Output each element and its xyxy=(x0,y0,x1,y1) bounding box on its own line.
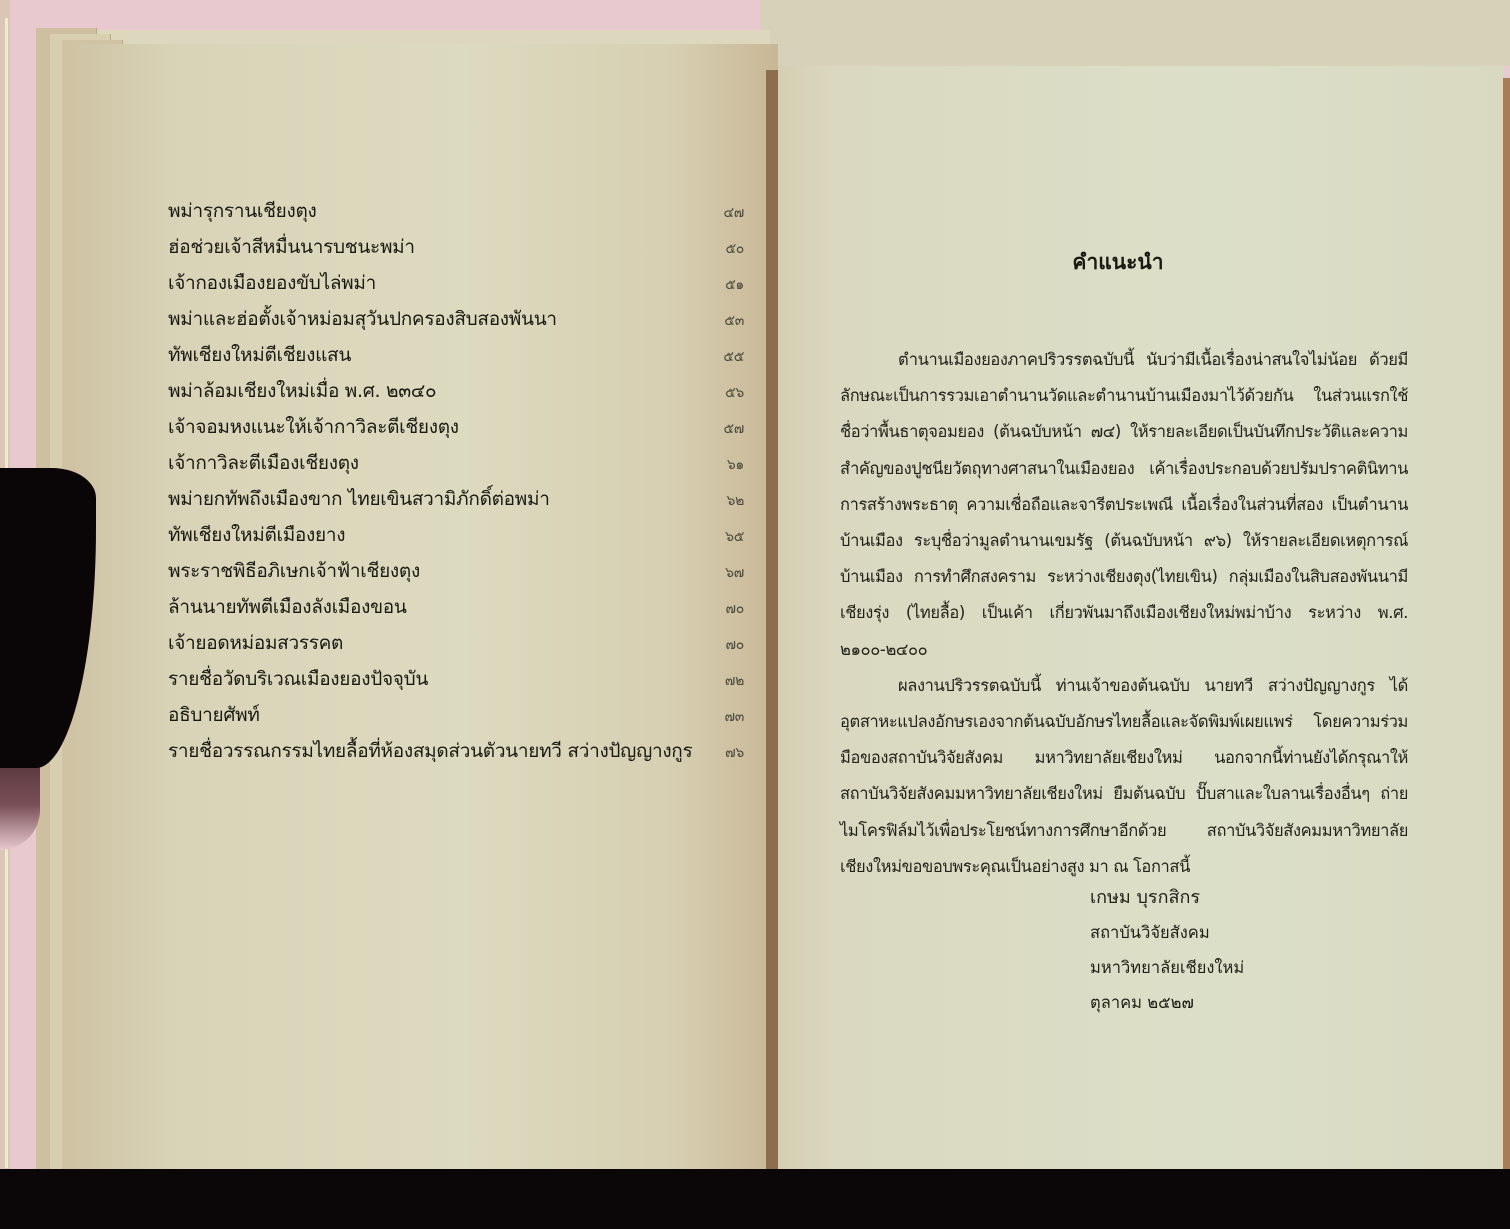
toc-entry: พม่าและฮ่อตั้งเจ้าหม่อมสุวันปกครองสิบสอง… xyxy=(168,304,748,340)
toc-entry: ทัพเชียงใหม่ตีเชียงแสน๕๕ xyxy=(168,340,748,376)
toc-page-number: ๖๒ xyxy=(726,490,744,512)
toc-page-number: ๖๕ xyxy=(725,526,744,548)
toc-entry: รายชื่อวรรณกรรมไทยลื้อที่ห้องสมุดส่วนตัว… xyxy=(168,736,748,772)
toc-title: ทัพเชียงใหม่ตีเชียงแสน xyxy=(168,340,351,370)
toc-page-number: ๖๗ xyxy=(725,562,744,584)
toc-title: เจ้ายอดหม่อมสวรรคต xyxy=(168,628,343,658)
page-title: คำแนะนำ xyxy=(1058,246,1178,279)
toc-entry: พม่าล้อมเชียงใหม่เมื่อ พ.ศ. ๒๓๔๐๕๖ xyxy=(168,376,748,412)
toc-title: อธิบายศัพท์ xyxy=(168,700,260,730)
toc-entry: เจ้ากองเมืองยองขับไล่พม่า๕๑ xyxy=(168,268,748,304)
toc-page-number: ๗๖ xyxy=(725,742,744,764)
toc-title: รายชื่อวัดบริเวณเมืองยองปัจจุบัน xyxy=(168,664,428,694)
toc-page-number: ๖๑ xyxy=(727,454,744,476)
toc-page-number: ๕๐ xyxy=(725,238,744,260)
signatory-institute: สถาบันวิจัยสังคม xyxy=(1090,915,1244,950)
toc-page-number: ๕๑ xyxy=(725,274,744,296)
toc-page-number: ๗๐ xyxy=(726,598,744,620)
toc-entry: พม่ายกทัพถึงเมืองขาก ไทยเขินสวามิภักดิ์ต… xyxy=(168,484,748,520)
toc-title: พม่าและฮ่อตั้งเจ้าหม่อมสุวันปกครองสิบสอง… xyxy=(168,304,557,334)
toc-entry: พม่ารุกรานเชียงตุง๔๗ xyxy=(168,196,748,232)
signatory-name: เกษม บุรกสิกร xyxy=(1090,880,1244,915)
toc-entry: พระราชพิธีอภิเษกเจ้าฟ้าเชียงตุง๖๗ xyxy=(168,556,748,592)
toc-title: เจ้ากองเมืองยองขับไล่พม่า xyxy=(168,268,376,298)
toc-entry: ทัพเชียงใหม่ตีเมืองยาง๖๕ xyxy=(168,520,748,556)
table-of-contents: พม่ารุกรานเชียงตุง๔๗ ฮ่อช่วยเจ้าสีหมื่นน… xyxy=(168,196,748,772)
toc-entry: ฮ่อช่วยเจ้าสีหมื่นนารบชนะพม่า๕๐ xyxy=(168,232,748,268)
toc-page-number: ๗๓ xyxy=(725,706,745,728)
toc-entry: เจ้ากาวิละตีเมืองเชียงตุง๖๑ xyxy=(168,448,748,484)
background-dark-surface xyxy=(0,1169,1510,1229)
toc-title: เจ้าจอมหงแนะให้เจ้ากาวิละตีเชียงตุง xyxy=(168,412,459,442)
signature-date: ตุลาคม ๒๕๒๗ xyxy=(1090,985,1244,1020)
toc-title: ล้านนายทัพตีเมืองลังเมืองขอน xyxy=(168,592,407,622)
toc-title: พระราชพิธีอภิเษกเจ้าฟ้าเชียงตุง xyxy=(168,556,420,586)
book-gutter xyxy=(766,70,778,1190)
toc-page-number: ๗๐ xyxy=(726,634,744,656)
signature-block: เกษม บุรกสิกร สถาบันวิจัยสังคม มหาวิทยาล… xyxy=(1090,880,1244,1020)
toc-title: พม่าล้อมเชียงใหม่เมื่อ พ.ศ. ๒๓๔๐ xyxy=(168,376,436,406)
toc-page-number: ๔๗ xyxy=(723,202,744,224)
toc-page-number: ๕๕ xyxy=(723,346,744,368)
toc-page-number: ๗๒ xyxy=(725,670,744,692)
toc-page-number: ๕๓ xyxy=(724,310,744,332)
toc-title: พม่ารุกรานเชียงตุง xyxy=(168,196,317,226)
toc-page-number: ๕๖ xyxy=(725,382,744,404)
introduction-text: ตำนานเมืองยองภาคปริวรรตฉบับนี้ นับว่ามีเ… xyxy=(840,342,1408,885)
signatory-university: มหาวิทยาลัยเชียงใหม่ xyxy=(1090,950,1244,985)
right-page-top-margin xyxy=(760,0,1510,66)
toc-entry: เจ้ายอดหม่อมสวรรคต๗๐ xyxy=(168,628,748,664)
toc-title: เจ้ากาวิละตีเมืองเชียงตุง xyxy=(168,448,359,478)
right-page-edge xyxy=(1503,78,1510,1208)
toc-entry: เจ้าจอมหงแนะให้เจ้ากาวิละตีเชียงตุง๕๗ xyxy=(168,412,748,448)
toc-entry: ล้านนายทัพตีเมืองลังเมืองขอน๗๐ xyxy=(168,592,748,628)
paragraph: ผลงานปริวรรตฉบับนี้ ท่านเจ้าของต้นฉบับ น… xyxy=(840,668,1408,885)
paragraph: ตำนานเมืองยองภาคปริวรรตฉบับนี้ นับว่ามีเ… xyxy=(840,342,1408,668)
toc-page-number: ๕๗ xyxy=(723,418,744,440)
toc-title: รายชื่อวรรณกรรมไทยลื้อที่ห้องสมุดส่วนตัว… xyxy=(168,736,692,766)
toc-title: ทัพเชียงใหม่ตีเมืองยาง xyxy=(168,520,345,550)
toc-title: พม่ายกทัพถึงเมืองขาก ไทยเขินสวามิภักดิ์ต… xyxy=(168,484,550,514)
toc-title: ฮ่อช่วยเจ้าสีหมื่นนารบชนะพม่า xyxy=(168,232,415,262)
toc-entry: รายชื่อวัดบริเวณเมืองยองปัจจุบัน๗๒ xyxy=(168,664,748,700)
toc-entry: อธิบายศัพท์๗๓ xyxy=(168,700,748,736)
